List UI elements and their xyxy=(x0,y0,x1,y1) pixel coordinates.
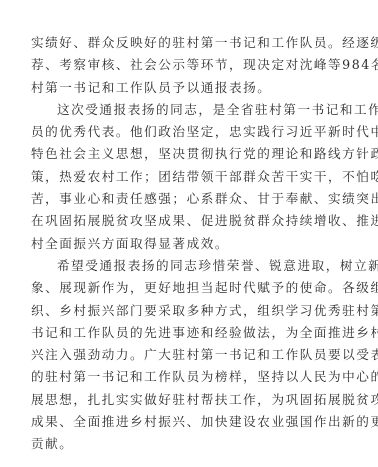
paragraph-2: 这次受通报表扬的同志，是全省驻村第一书记和工作队 员的优秀代表。他们政治坚定，忠… xyxy=(31,99,339,255)
text-line: 村第一书记和工作队员予以通报表扬。 xyxy=(31,77,339,99)
text-line: 策，热爱农村工作；团结带领干部群众苦干实干，不怕吃 xyxy=(31,166,339,188)
text-line: 展思想，扎扎实实做好驻村帮扶工作，为巩固拓展脱贫攻坚 xyxy=(31,389,339,411)
text-line: 的驻村第一书记和工作队员为榜样，坚持以人民为中心的发 xyxy=(31,366,339,388)
text-line: 希望受通报表扬的同志珍惜荣誉、锐意进取，树立新形 xyxy=(31,255,339,277)
text-line: 兴注入强劲动力。广大驻村第一书记和工作队员要以受表扬 xyxy=(31,344,339,366)
text-line: 象、展现新作为，更好地担当起时代赋予的使命。各级组 xyxy=(31,277,339,299)
text-line: 实绩好、群众反映好的驻村第一书记和工作队员。经逐级推 xyxy=(31,32,339,54)
paragraph-3: 希望受通报表扬的同志珍惜荣誉、锐意进取，树立新形 象、展现新作为，更好地担当起时… xyxy=(31,255,339,456)
text-line: 书记和工作队员的先进事迹和经验做法，为全面推进乡村振 xyxy=(31,322,339,344)
text-line: 特色社会主义思想，坚决贯彻执行党的理论和路线方针政 xyxy=(31,143,339,165)
document-page: 实绩好、群众反映好的驻村第一书记和工作队员。经逐级推 荐、考察审核、社会公示等环… xyxy=(0,0,378,467)
text-line: 这次受通报表扬的同志，是全省驻村第一书记和工作队 xyxy=(31,99,339,121)
paragraph-1: 实绩好、群众反映好的驻村第一书记和工作队员。经逐级推 荐、考察审核、社会公示等环… xyxy=(31,32,339,99)
text-line: 村全面振兴方面取得显著成效。 xyxy=(31,233,339,255)
text-line: 员的优秀代表。他们政治坚定，忠实践行习近平新时代中国 xyxy=(31,121,339,143)
text-line: 成果、全面推进乡村振兴、加快建设农业强国作出新的更大 xyxy=(31,411,339,433)
text-line: 贡献。 xyxy=(31,433,339,455)
text-line: 荐、考察审核、社会公示等环节，现决定对沈峰等984名驻 xyxy=(31,54,339,76)
document-body: 实绩好、群众反映好的驻村第一书记和工作队员。经逐级推 荐、考察审核、社会公示等环… xyxy=(31,32,339,456)
text-line: 在巩固拓展脱贫攻坚成果、促进脱贫群众持续增收、推进乡 xyxy=(31,210,339,232)
text-line: 织、乡村振兴部门要采取多种方式，组织学习优秀驻村第一 xyxy=(31,300,339,322)
text-line: 苦，事业心和责任感强；心系群众、甘于奉献、实绩突出， xyxy=(31,188,339,210)
